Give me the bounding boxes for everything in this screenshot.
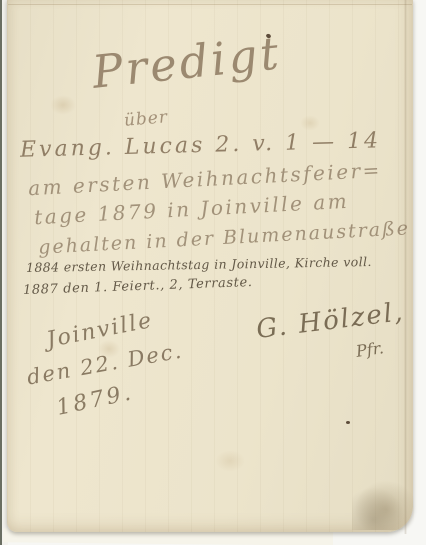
right-crease-line <box>404 0 407 534</box>
ink-speck <box>346 421 350 424</box>
scan-edge-shadow <box>0 0 2 545</box>
signature-role-line: Pfr. <box>355 338 385 361</box>
ueber-line: über <box>123 107 169 131</box>
scanned-manuscript: Predigt über Evang. Lucas 2. v. 1 — 14 a… <box>0 0 426 545</box>
top-edge-line <box>8 4 412 5</box>
